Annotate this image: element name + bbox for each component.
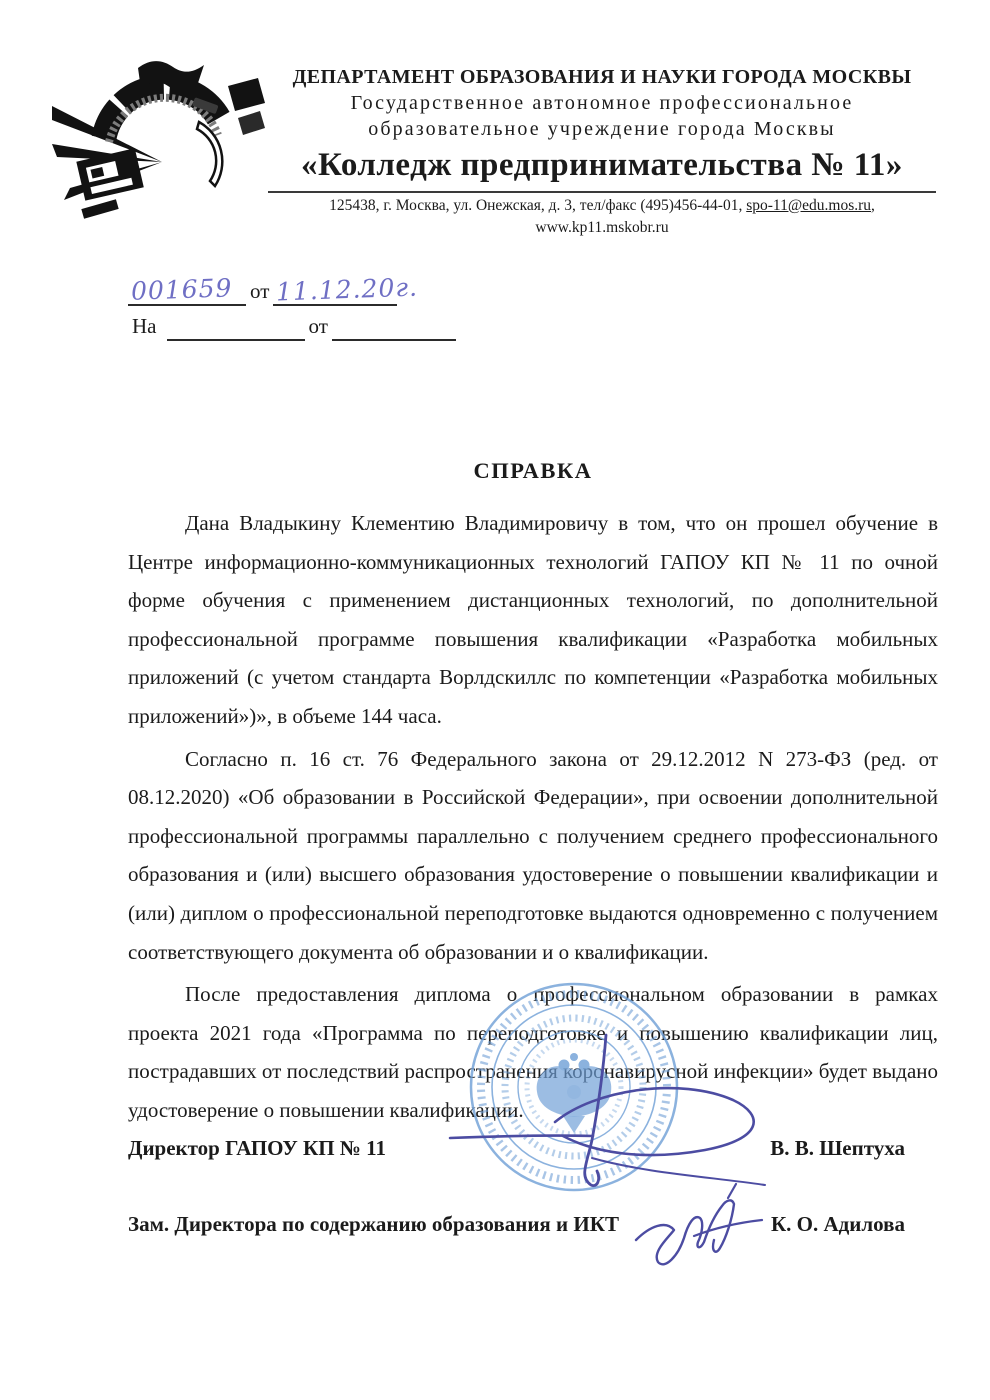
address-text: 125438, г. Москва, ул. Онежская, д. 3, т… — [329, 197, 746, 214]
incoming-date-underline — [332, 315, 456, 341]
college-name: «Колледж предпринимательства № 11» — [268, 147, 936, 184]
incoming-number-underline — [167, 315, 305, 341]
paragraph-2: Согласно п. 16 ст. 76 Федерального закон… — [128, 740, 938, 972]
address-comma: , — [871, 197, 875, 214]
signature-row-director: Директор ГАПОУ КП № 11 В. В. Шептуха — [128, 1136, 938, 1161]
org-name-line2: образовательное учреждение города Москвы — [268, 118, 936, 141]
website-text: www.kp11.mskobr.ru — [268, 218, 936, 237]
reference-row-outgoing: 001659от11.12.20г. — [128, 272, 456, 306]
reference-row-incoming: Наот — [128, 311, 456, 341]
document-page: ДЕПАРТАМЕНТ ОБРАЗОВАНИЯ И НАУКИ ГОРОДА М… — [0, 0, 990, 1400]
department-name: ДЕПАРТАМЕНТ ОБРАЗОВАНИЯ И НАУКИ ГОРОДА М… — [268, 66, 936, 89]
org-name-line1: Государственное автономное профессиональ… — [268, 92, 936, 115]
document-title: СПРАВКА — [128, 458, 938, 484]
director-title: Директор ГАПОУ КП № 11 — [128, 1136, 386, 1161]
reference-block: 001659от11.12.20г. Наот — [128, 272, 456, 341]
deputy-name: К. О. Адилова — [771, 1212, 905, 1237]
letterhead: ДЕПАРТАМЕНТ ОБРАЗОВАНИЯ И НАУКИ ГОРОДА М… — [268, 66, 936, 237]
paragraph-1: Дана Владыкину Клементию Владимировичу в… — [128, 504, 938, 736]
email-text: spo-11@edu.mos.ru — [746, 197, 871, 214]
ot-label: от — [250, 276, 269, 306]
ot-label-2: от — [309, 311, 328, 341]
header-divider — [268, 191, 936, 193]
director-name: В. В. Шептуха — [770, 1136, 905, 1161]
handwritten-date: 11.12.20г. — [276, 273, 419, 307]
na-label: На — [132, 311, 157, 341]
college-logo-icon — [52, 56, 270, 232]
date-underline: 11.12.20г. — [273, 272, 397, 306]
handwritten-number: 001659 — [131, 273, 233, 306]
number-underline: 001659 — [128, 272, 246, 306]
director-signature — [445, 1025, 775, 1200]
address-line: 125438, г. Москва, ул. Онежская, д. 3, т… — [268, 196, 936, 215]
deputy-title: Зам. Директора по содержанию образования… — [128, 1212, 619, 1237]
signature-row-deputy: Зам. Директора по содержанию образования… — [128, 1212, 938, 1237]
